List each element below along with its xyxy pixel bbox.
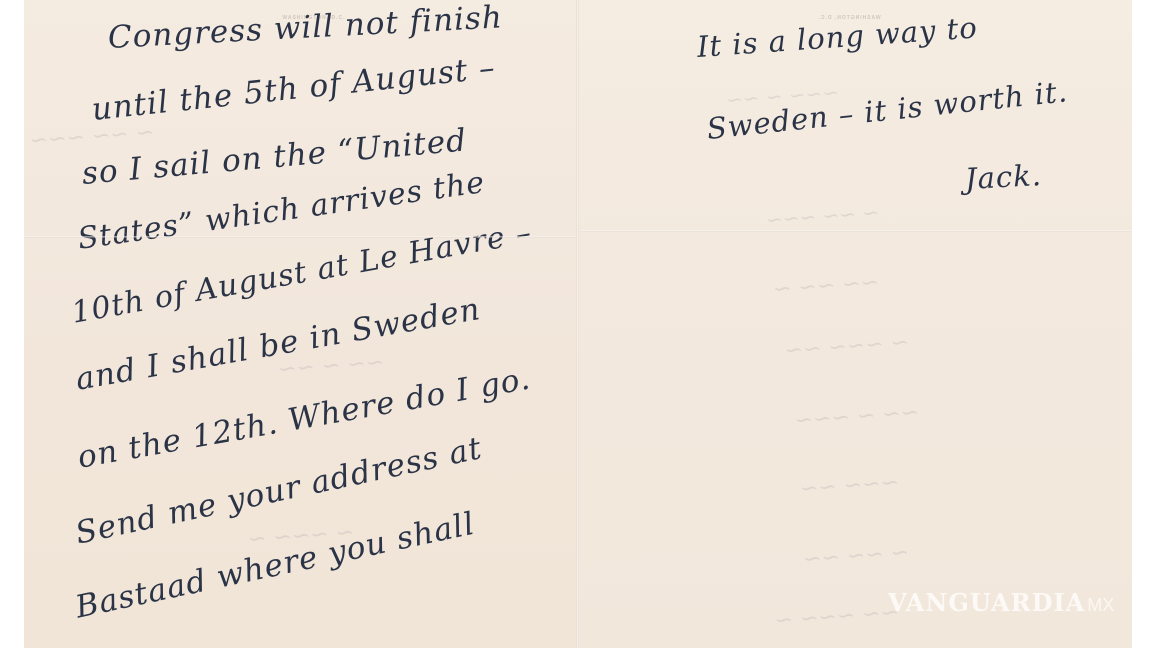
vanguardia-watermark: VANGUARDIAMX (888, 588, 1114, 617)
bleed-through-text: ~~ ~~ ~ (772, 270, 880, 302)
bleed-through-text: ~ ~~ ~~~ (765, 200, 880, 232)
bleed-through-text: ~~ ~ ~~~ (794, 400, 920, 434)
letterhead-line-1 (699, 2, 999, 12)
watermark-suffix: MX (1087, 595, 1114, 615)
bleed-through-text: ~~~ ~~ (799, 470, 900, 502)
bleed-through-text: ~ ~~ ~~ (802, 540, 910, 572)
letter-scan: WASHINGTON, D.C. ~ ~~ ~~~ ~~ ~ ~~ ~ ~~~ … (0, 0, 1152, 648)
letter-signature: Jack. (964, 158, 1043, 196)
bleed-through-text: ~ ~~ ~~~ (29, 120, 155, 154)
paper-fold (579, 230, 1132, 232)
paper-fold (24, 236, 577, 238)
bleed-through-text: ~~ ~~~ ~ (774, 600, 900, 634)
bleed-through-text: ~ ~~~ ~~ (784, 330, 910, 364)
letter-line: until the 5th of August – (90, 50, 497, 128)
letter-page-right: WASHINGTON, D.C. ~~~ ~ ~~ ~ ~~ ~~~ ~~ ~~… (579, 0, 1132, 648)
letter-page-left: WASHINGTON, D.C. ~ ~~ ~~~ ~~ ~ ~~ ~ ~~~ … (24, 0, 577, 648)
watermark-text: VANGUARDIA (888, 588, 1085, 617)
